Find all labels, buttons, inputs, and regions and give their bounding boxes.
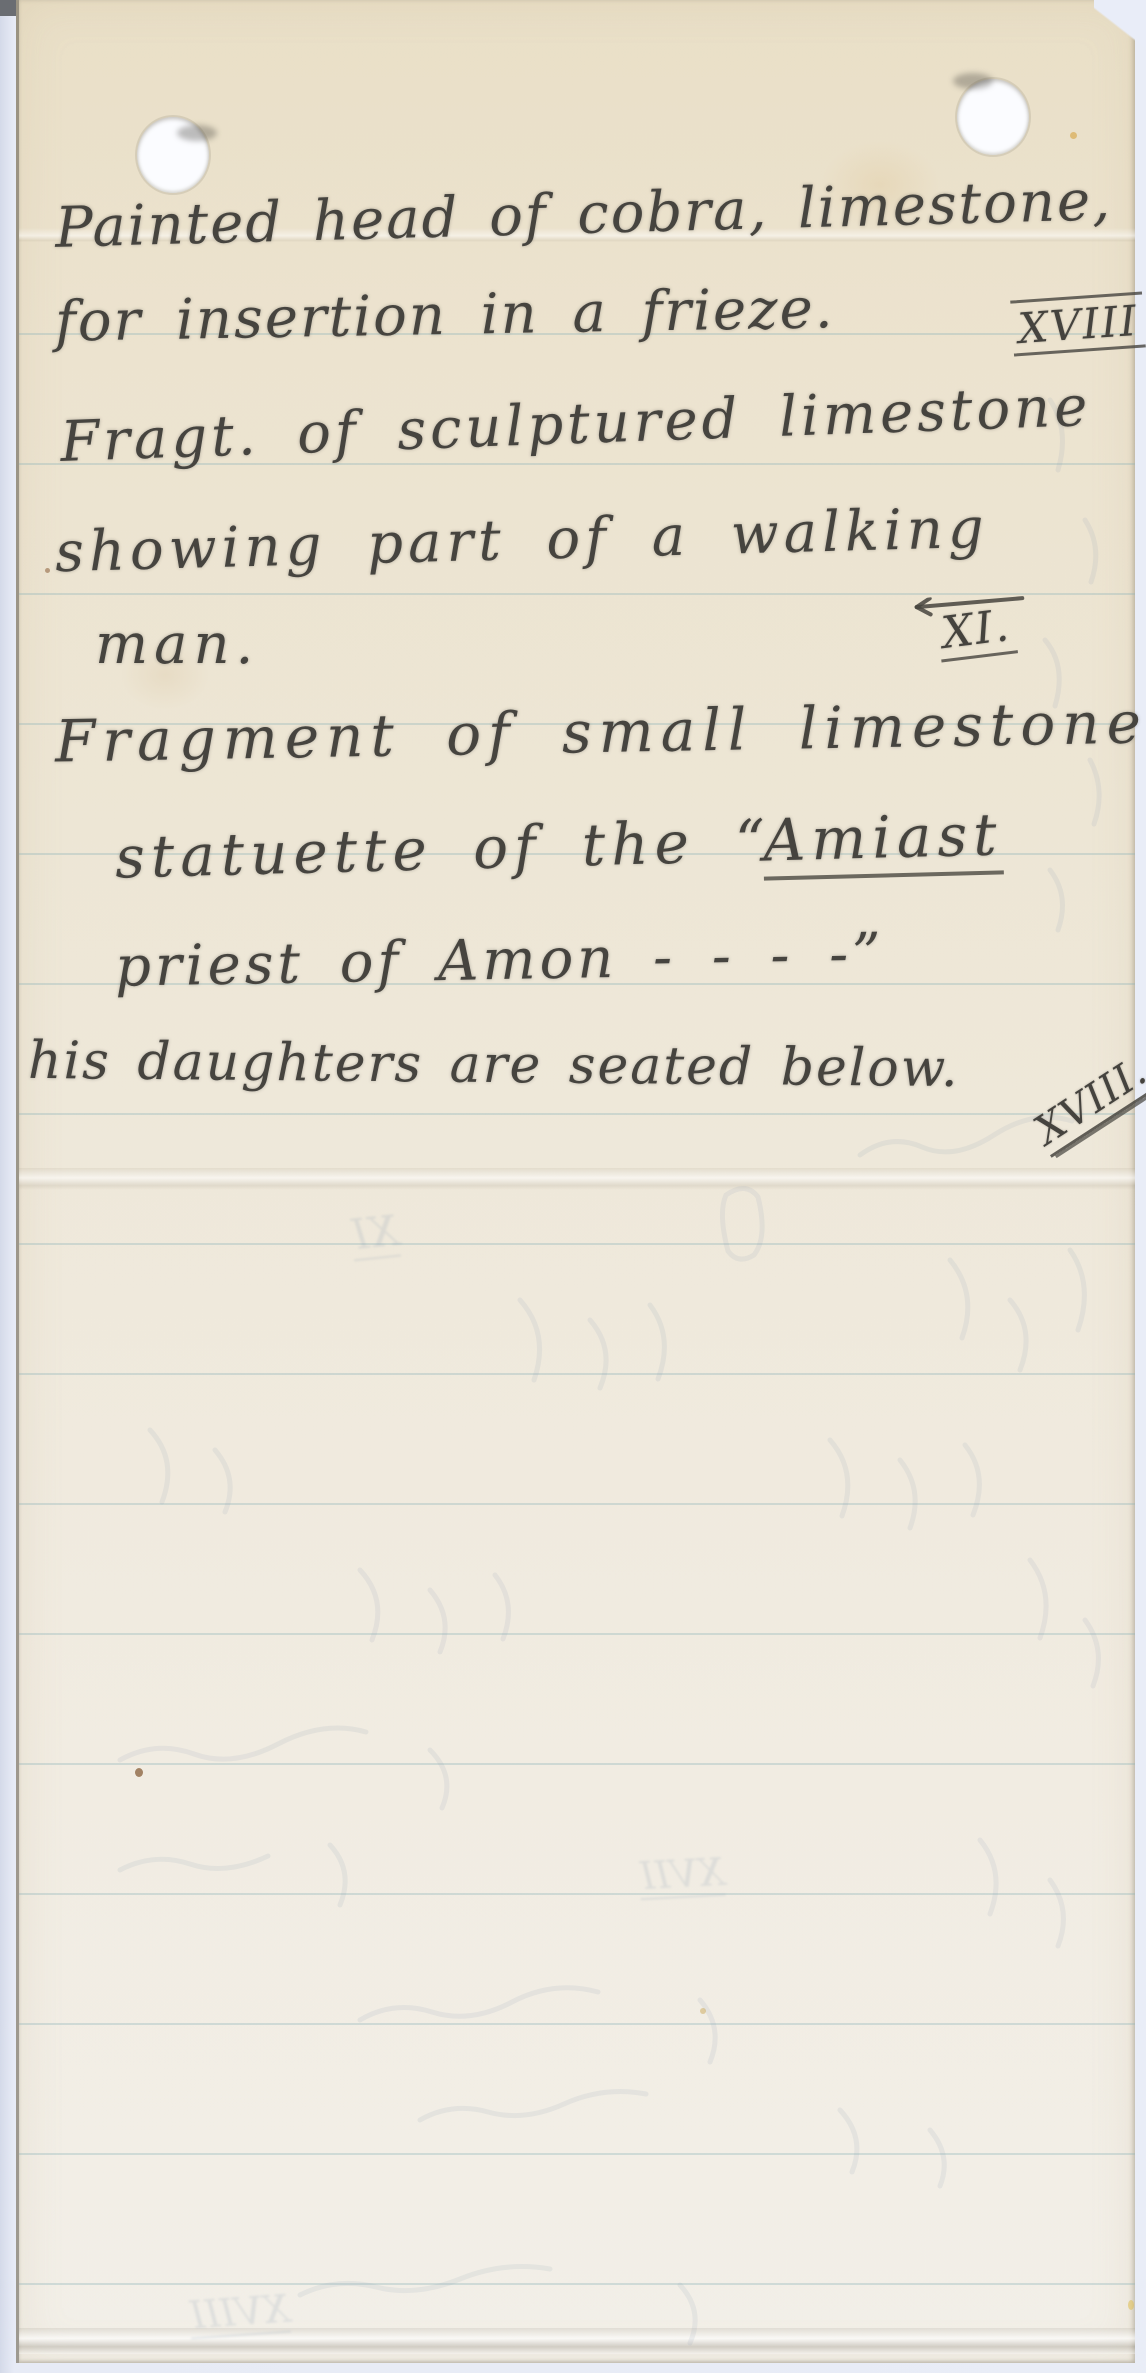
plate-numeral: XI. [935, 600, 1018, 663]
scanned-page: XI XVII XVIII Painted head of cobra, lim… [0, 0, 1146, 2373]
handwriting-line-8: priest of Amon - - - -” [114, 921, 885, 999]
handwriting-text: priest of Amon - - - -” [114, 921, 885, 999]
foxing-speck [700, 2008, 706, 2014]
paper-corner-cut [1094, 0, 1146, 84]
handwriting-line-5: man. [95, 612, 259, 677]
foxing-speck [1070, 132, 1077, 139]
bleedthrough-numeral: XI [349, 1206, 401, 1262]
handwriting-text: his daughters are seated below. [28, 1031, 960, 1099]
handwriting-text: man. [95, 612, 259, 677]
handwriting-line-2: for insertion in a frieze. [54, 276, 835, 355]
punch-hole-left [137, 117, 209, 193]
paper-crease [19, 1168, 1135, 1190]
handwriting-text: for insertion in a frieze. [54, 276, 835, 355]
foxing-speck [45, 568, 50, 573]
underlined-word: Amiast [762, 800, 1003, 880]
plate-numeral: XVIII [1010, 291, 1146, 356]
bleedthrough-numeral: XVII [639, 1850, 726, 1900]
bleedthrough-numeral: XVIII [189, 2287, 291, 2340]
hole-rim-smudge [953, 73, 993, 89]
punch-hole-right [957, 79, 1029, 155]
hole-rim-smudge [177, 125, 217, 141]
handwriting-line-9: his daughters are seated below. [28, 1031, 960, 1099]
paper-crease [19, 2328, 1135, 2354]
foxing-speck [1128, 2300, 1134, 2310]
paper-sheet [16, 0, 1135, 2363]
foxing-speck [135, 1768, 143, 1777]
